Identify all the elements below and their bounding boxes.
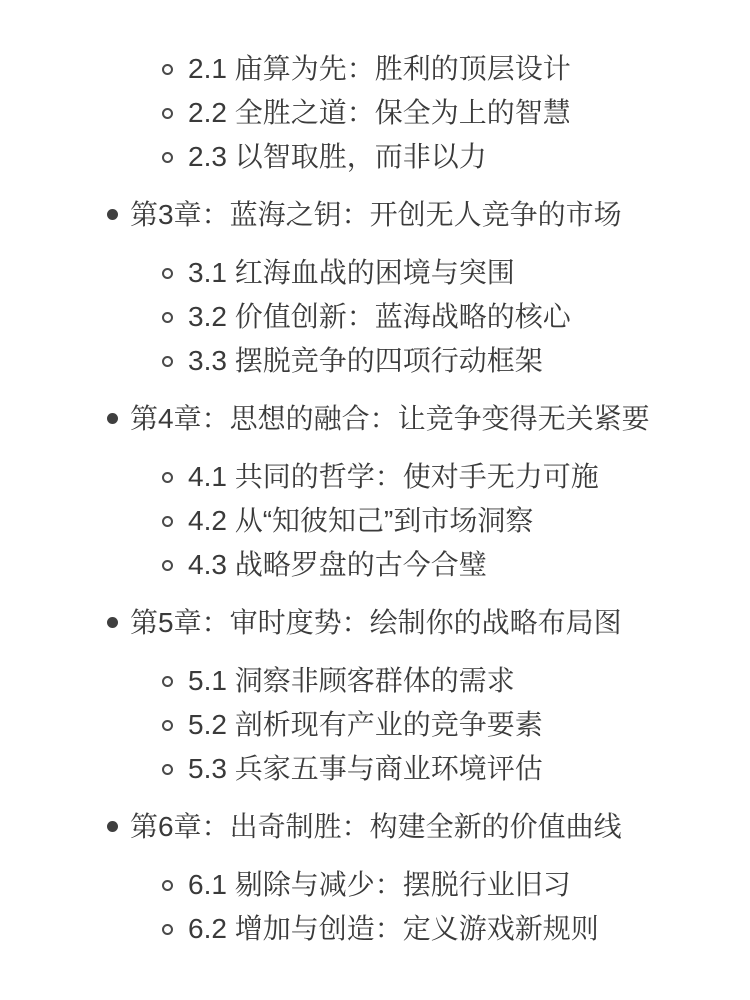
bullet-disc-icon	[107, 413, 118, 424]
chapter-title: 第4章：思想的融合：让竞争变得无关紧要	[130, 397, 650, 441]
bullet-circle-icon	[162, 676, 173, 687]
bullet-circle-icon	[162, 560, 173, 571]
sub-item-title: 4.2 从“知彼知己”到市场洞察	[188, 499, 533, 543]
sub-item: 4.3 战略罗盘的古今合璧	[188, 543, 720, 587]
sub-item: 5.3 兵家五事与商业环境评估	[188, 747, 720, 791]
sub-item: 2.2 全胜之道：保全为上的智慧	[188, 91, 720, 135]
sub-item: 3.2 价值创新：蓝海战略的核心	[188, 295, 720, 339]
sub-item: 3.1 红海血战的困境与突围	[188, 251, 720, 295]
chapter-item: 第6章：出奇制胜：构建全新的价值曲线	[130, 805, 720, 849]
sub-item-list: 5.1 洞察非顾客群体的需求5.2 剖析现有产业的竞争要素5.3 兵家五事与商业…	[130, 659, 720, 791]
bullet-circle-icon	[162, 764, 173, 775]
bullet-circle-icon	[162, 516, 173, 527]
sub-item-title: 2.2 全胜之道：保全为上的智慧	[188, 91, 571, 135]
chapter-item: 第3章：蓝海之钥：开创无人竞争的市场	[130, 193, 720, 237]
bullet-circle-icon	[162, 880, 173, 891]
chapter-title: 第5章：审时度势：绘制你的战略布局图	[130, 601, 622, 645]
sub-item-title: 6.2 增加与创造：定义游戏新规则	[188, 907, 599, 951]
bullet-circle-icon	[162, 472, 173, 483]
chapter-item: 第5章：审时度势：绘制你的战略布局图	[130, 601, 720, 645]
bullet-circle-icon	[162, 356, 173, 367]
bullet-disc-icon	[107, 617, 118, 628]
sub-item: 6.2 增加与创造：定义游戏新规则	[188, 907, 720, 951]
sub-item: 2.3 以智取胜，而非以力	[188, 135, 720, 179]
sub-item: 6.1 剔除与减少：摆脱行业旧习	[188, 863, 720, 907]
sub-item-title: 5.2 剖析现有产业的竞争要素	[188, 703, 543, 747]
bullet-circle-icon	[162, 64, 173, 75]
sub-item-title: 2.3 以智取胜，而非以力	[188, 135, 487, 179]
bullet-disc-icon	[107, 209, 118, 220]
sub-item-title: 4.1 共同的哲学：使对手无力可施	[188, 455, 599, 499]
sub-item: 3.3 摆脱竞争的四项行动框架	[188, 339, 720, 383]
chapter-item: 第4章：思想的融合：让竞争变得无关紧要	[130, 397, 720, 441]
bullet-circle-icon	[162, 924, 173, 935]
sub-item-title: 2.1 庙算为先：胜利的顶层设计	[188, 47, 571, 91]
sub-item-title: 5.3 兵家五事与商业环境评估	[188, 747, 543, 791]
bullet-disc-icon	[107, 821, 118, 832]
sub-item-list: 3.1 红海血战的困境与突围3.2 价值创新：蓝海战略的核心3.3 摆脱竞争的四…	[130, 251, 720, 383]
bullet-circle-icon	[162, 108, 173, 119]
sub-item: 4.1 共同的哲学：使对手无力可施	[188, 455, 720, 499]
bullet-circle-icon	[162, 268, 173, 279]
bullet-circle-icon	[162, 720, 173, 731]
sub-item-list: 2.1 庙算为先：胜利的顶层设计2.2 全胜之道：保全为上的智慧2.3 以智取胜…	[130, 47, 720, 179]
sub-item: 4.2 从“知彼知己”到市场洞察	[188, 499, 720, 543]
sub-item: 5.1 洞察非顾客群体的需求	[188, 659, 720, 703]
page: { "colors": { "background": "#ffffff", "…	[0, 0, 750, 1000]
bullet-circle-icon	[162, 312, 173, 323]
sub-item-title: 3.1 红海血战的困境与突围	[188, 251, 515, 295]
sub-item-title: 3.2 价值创新：蓝海战略的核心	[188, 295, 571, 339]
chapter-title: 第3章：蓝海之钥：开创无人竞争的市场	[130, 193, 622, 237]
sub-item-title: 6.1 剔除与减少：摆脱行业旧习	[188, 863, 571, 907]
sub-item: 2.1 庙算为先：胜利的顶层设计	[188, 47, 720, 91]
chapter-title: 第6章：出奇制胜：构建全新的价值曲线	[130, 805, 622, 849]
sub-item: 5.2 剖析现有产业的竞争要素	[188, 703, 720, 747]
bullet-circle-icon	[162, 152, 173, 163]
sub-item-title: 5.1 洞察非顾客群体的需求	[188, 659, 515, 703]
sub-item-title: 4.3 战略罗盘的古今合璧	[188, 543, 487, 587]
sub-item-title: 3.3 摆脱竞争的四项行动框架	[188, 339, 543, 383]
sub-item-list: 6.1 剔除与减少：摆脱行业旧习6.2 增加与创造：定义游戏新规则	[130, 863, 720, 951]
document-outline: 2.1 庙算为先：胜利的顶层设计2.2 全胜之道：保全为上的智慧2.3 以智取胜…	[0, 0, 750, 951]
sub-item-list: 4.1 共同的哲学：使对手无力可施4.2 从“知彼知己”到市场洞察4.3 战略罗…	[130, 455, 720, 587]
